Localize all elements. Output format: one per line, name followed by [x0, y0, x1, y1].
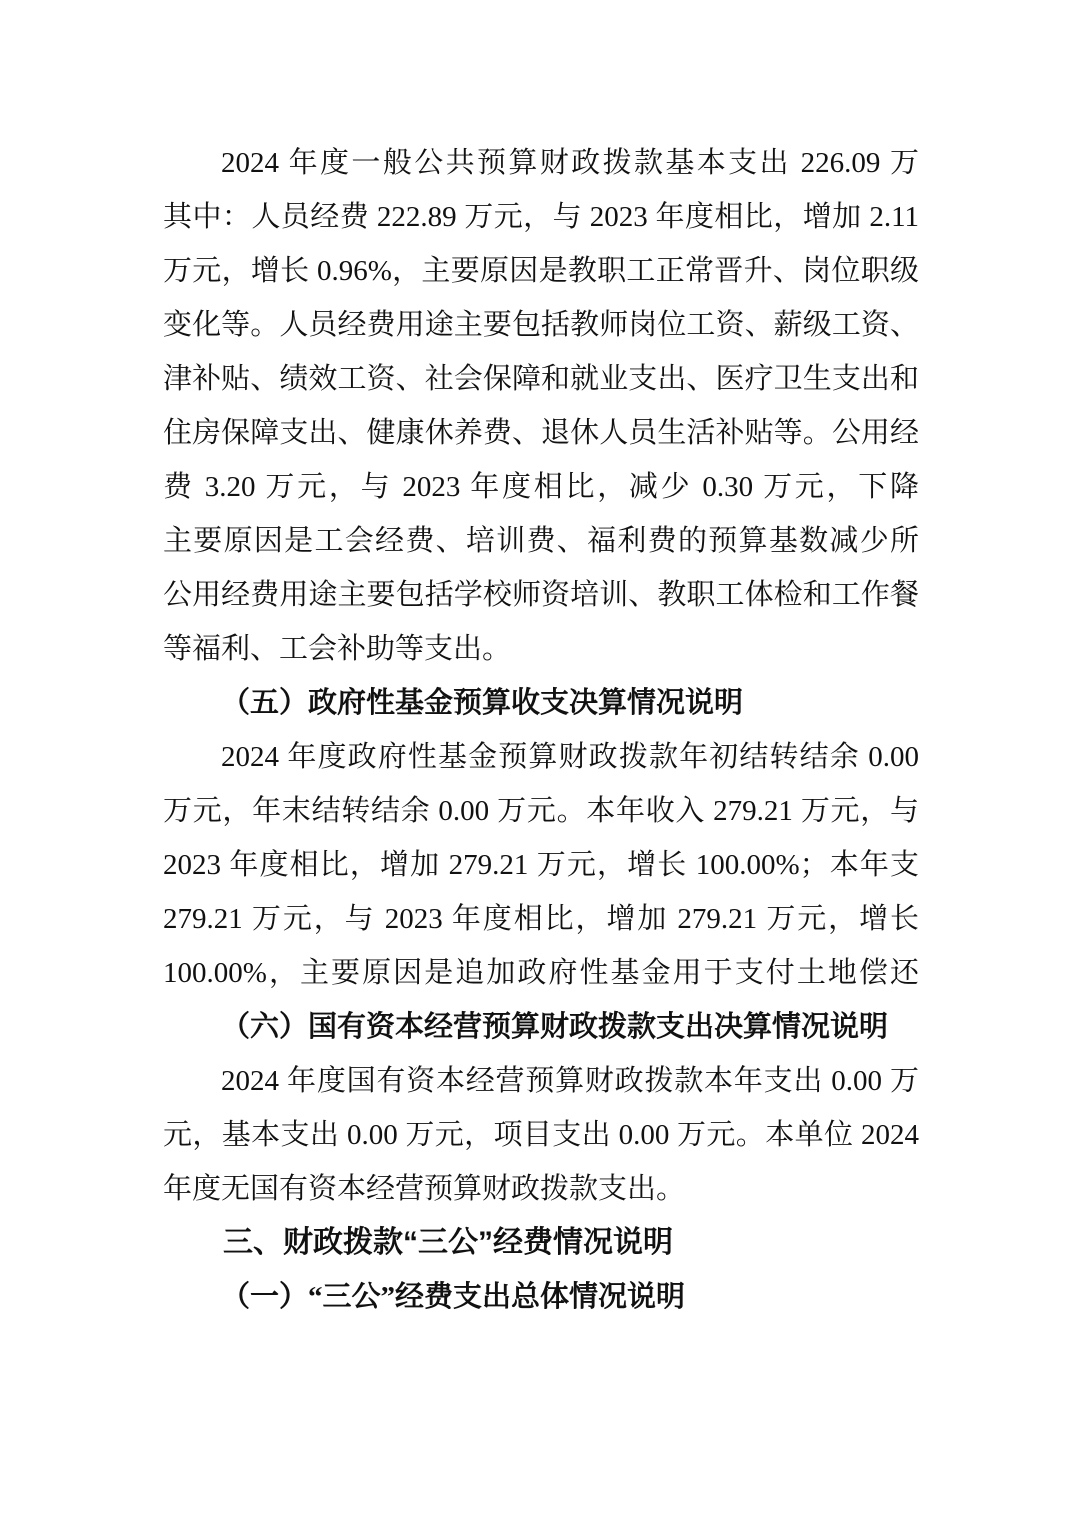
paragraph-line: 2023 年度相比，增加 279.21 万元，增长 100.00%；本年支出	[163, 838, 919, 892]
paragraph-line: 万元，增长 0.96%，主要原因是教职工正常晋升、岗位职级	[163, 244, 919, 298]
paragraph-line: 2024 年度政府性基金预算财政拨款年初结转结余 0.00	[163, 730, 919, 784]
paragraph-line: 279.21 万元，与 2023 年度相比，增加 279.21 万元，增长	[163, 892, 919, 946]
section-heading-6: （六）国有资本经营预算财政拨款支出决算情况说明	[163, 1000, 919, 1054]
paragraph-line: 元，基本支出 0.00 万元，项目支出 0.00 万元。本单位 2024	[163, 1108, 919, 1162]
paragraph-line: 2024 年度一般公共预算财政拨款基本支出 226.09 万元。	[163, 136, 919, 190]
section-heading-5: （五）政府性基金预算收支决算情况说明	[163, 676, 919, 730]
paragraph-line: 100.00%，主要原因是追加政府性基金用于支付土地偿还金。	[163, 946, 919, 1000]
paragraph-line: 万元，年末结转结余 0.00 万元。本年收入 279.21 万元，与	[163, 784, 919, 838]
paragraph-line: 津补贴、绩效工资、社会保障和就业支出、医疗卫生支出和	[163, 352, 919, 406]
subsection-heading-1: （一）“三公”经费支出总体情况说明	[163, 1270, 919, 1324]
paragraph-line: 年度无国有资本经营预算财政拨款支出。	[163, 1162, 919, 1216]
paragraph-line: 主要原因是工会经费、培训费、福利费的预算基数减少所致。	[163, 514, 919, 568]
paragraph-line: 住房保障支出、健康休养费、退休人员生活补贴等。公用经	[163, 406, 919, 460]
paragraph-line: 变化等。人员经费用途主要包括教师岗位工资、薪级工资、	[163, 298, 919, 352]
paragraph-line: 其中：人员经费 222.89 万元，与 2023 年度相比，增加 2.11	[163, 190, 919, 244]
document-page: 2024 年度一般公共预算财政拨款基本支出 226.09 万元。 其中：人员经费…	[0, 0, 1075, 1520]
paragraph-line: 2024 年度国有资本经营预算财政拨款本年支出 0.00 万	[163, 1054, 919, 1108]
chapter-heading-3: 三、财政拨款“三公”经费情况说明	[163, 1216, 919, 1270]
paragraph-line: 公用经费用途主要包括学校师资培训、教职工体检和工作餐	[163, 568, 919, 622]
paragraph-line: 费 3.20 万元，与 2023 年度相比，减少 0.30 万元，下降 8.57…	[163, 460, 919, 514]
paragraph-line: 等福利、工会补助等支出。	[163, 622, 919, 676]
